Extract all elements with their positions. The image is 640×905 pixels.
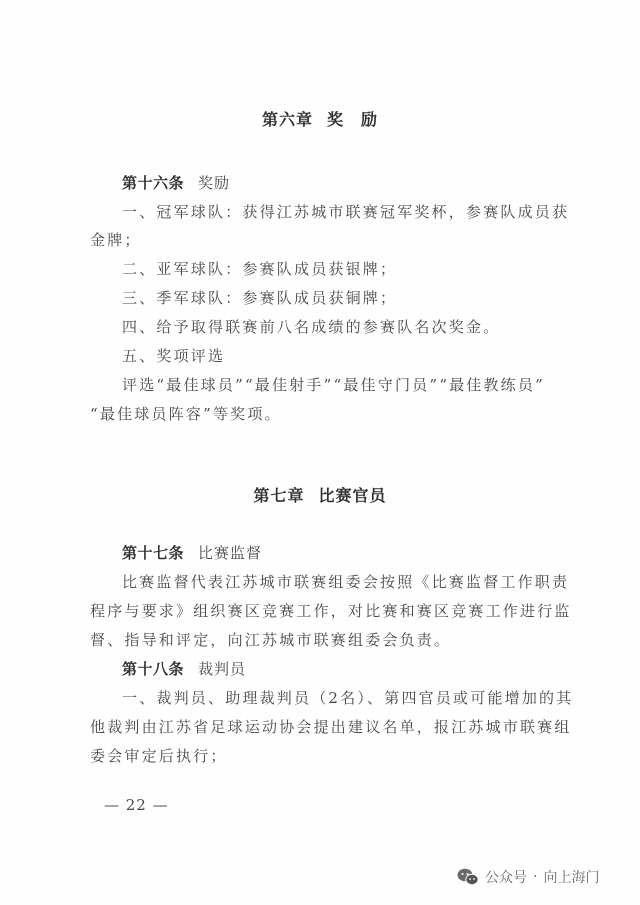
article-number: 第十八条 [122,660,184,678]
chapter-7-title: 第七章比赛官员 [0,483,640,506]
chapter-name: 奖 励 [327,110,378,129]
article-17-heading: 第十七条比赛监督 [122,543,568,563]
article-number: 第十六条 [122,174,184,192]
chapter-number: 第六章 [262,110,313,129]
paragraph-line: 他裁判由江苏省足球运动协会提出建议名单，报江苏城市联赛组 [90,717,568,737]
watermark-separator: · [533,869,537,885]
paragraph-line: 比赛监督代表江苏城市联赛组委会按照《比赛监督工作职责 [122,572,568,592]
paragraph-line: 四、给予取得联赛前八名成绩的参赛队名次奖金。 [122,317,568,337]
chapter-6-title: 第六章奖 励 [0,107,640,130]
chapter-number: 第七章 [253,486,304,505]
paragraph-line: 一、冠军球队：获得江苏城市联赛冠军奖杯，参赛队成员获 [122,202,568,222]
paragraph-line: 督、指导和评定，向江苏城市联赛组委会负责。 [90,630,568,650]
article-title: 奖励 [198,174,230,192]
wechat-watermark: 公众号 · 向上海门 [457,866,599,888]
article-number: 第十七条 [122,544,184,562]
wechat-icon [457,868,479,886]
paragraph-line: 二、亚军球队：参赛队成员获银牌； [122,259,568,279]
chapter-name: 比赛官员 [319,486,387,505]
paragraph-line: 一、裁判员、助理裁判员（2名）、第四官员或可能增加的其 [122,688,568,708]
watermark-label: 公众号 [485,867,527,887]
document-page: 第六章奖 励 第十六条奖励 一、冠军球队：获得江苏城市联赛冠军奖杯，参赛队成员获… [0,0,640,905]
paragraph-line: “最佳球员阵容”等奖项。 [90,404,568,424]
article-title: 比赛监督 [198,544,262,562]
paragraph-line: 五、奖项评选 [122,346,568,366]
watermark-account: 向上海门 [543,867,599,887]
paragraph-line: 委会审定后执行； [90,746,568,766]
page-number: — 22 — [104,796,169,814]
article-title: 裁判员 [198,660,246,678]
paragraph-line: 金牌； [90,230,568,250]
article-18-heading: 第十八条裁判员 [122,659,568,679]
article-16-heading: 第十六条奖励 [122,173,568,193]
paragraph-line: 评选“最佳球员”“最佳射手”“最佳守门员”“最佳教练员” [122,375,568,395]
paragraph-line: 程序与要求》组织赛区竞赛工作，对比赛和赛区竞赛工作进行监 [90,601,568,621]
paragraph-line: 三、季军球队：参赛队成员获铜牌； [122,288,568,308]
